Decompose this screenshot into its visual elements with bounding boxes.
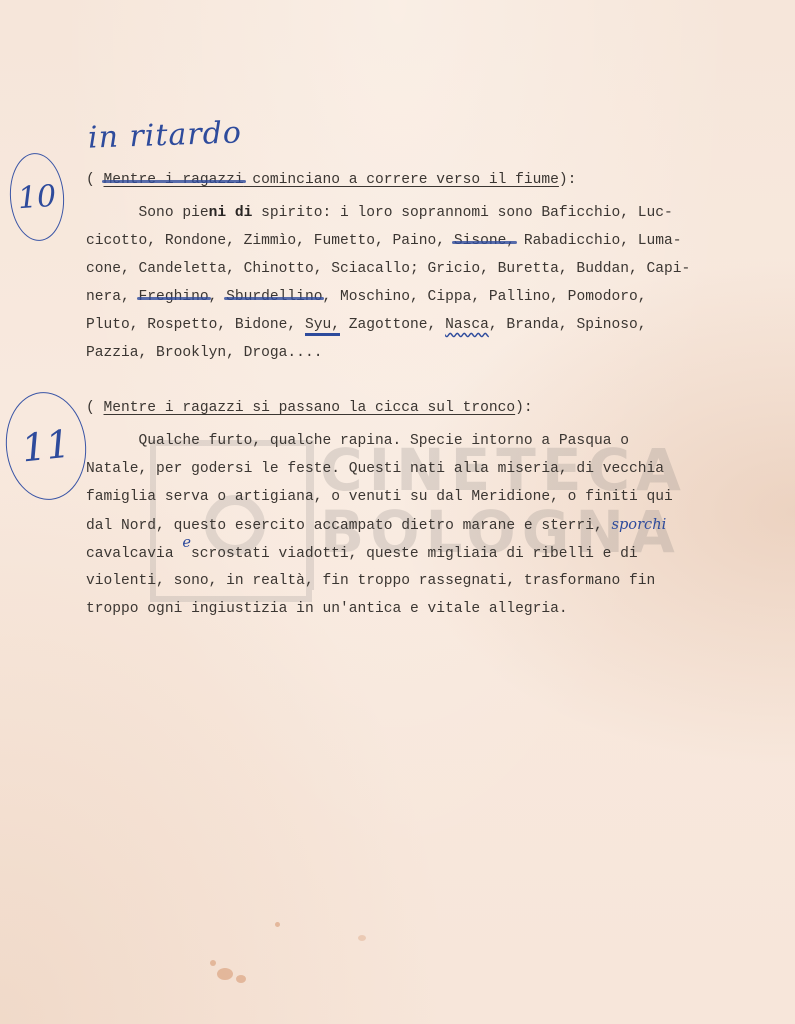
paper-stain xyxy=(210,960,216,966)
underlined-name-syu: Syu, xyxy=(305,317,340,336)
paper-stain xyxy=(217,968,233,980)
scene-10-line-6: Pazzia, Brooklyn, Droga.... xyxy=(86,341,322,365)
scene-11-line-7: troppo ogni ingiustizia in un'antica e v… xyxy=(86,597,568,621)
scene-11-line-1: Qualche furto, qualche rapina. Specie in… xyxy=(86,429,629,453)
handwritten-annotation-sporchi: sporchi xyxy=(611,516,666,533)
paper-stain xyxy=(275,922,280,927)
handwritten-title: in ritardo xyxy=(87,115,242,155)
struck-name-sburdellino: Sburdellino xyxy=(226,289,322,305)
scene-11-line-3: famiglia serva o artigiana, o venuti su … xyxy=(86,485,673,509)
scene-10-heading: ( Mentre i ragazzi cominciano a correre … xyxy=(86,168,576,192)
scene-10-line-2: cicotto, Rondone, Zimmìo, Fumetto, Paino… xyxy=(86,229,682,253)
scene-11-line-2: Natale, per godersi le feste. Questi nat… xyxy=(86,457,664,481)
scene-10-line-3: cone, Candeletta, Chinotto, Sciacallo; G… xyxy=(86,257,690,281)
scene-11-line-5: cavalcavia escrostati viadotti, queste m… xyxy=(86,541,638,566)
struck-name-freghino: Freghino xyxy=(139,289,209,305)
scene-10-line-1: Sono pieni di spirito: i loro soprannomi… xyxy=(86,201,673,225)
scene-11-heading: ( Mentre i ragazzi si passano la cicca s… xyxy=(86,396,533,420)
struck-heading-words: Mentre i ragazzi xyxy=(104,172,244,188)
struck-name-sisone: Sisone, xyxy=(454,233,515,249)
handwritten-insert-e: e xyxy=(182,534,191,551)
scene-11-line-6: violenti, sono, in realtà, fin troppo ra… xyxy=(86,569,655,593)
scene-10-line-4: nera, Freghino, Sburdellino, Moschino, C… xyxy=(86,285,647,309)
wavy-underlined-name-nasca: Nasca xyxy=(445,317,489,333)
paper-stain xyxy=(358,935,366,941)
scene-11-line-4: dal Nord, questo esercito accampato diet… xyxy=(86,513,666,538)
paper-stain xyxy=(236,975,246,983)
scene-10-line-5: Pluto, Rospetto, Bidone, Syu, Zagottone,… xyxy=(86,313,647,337)
